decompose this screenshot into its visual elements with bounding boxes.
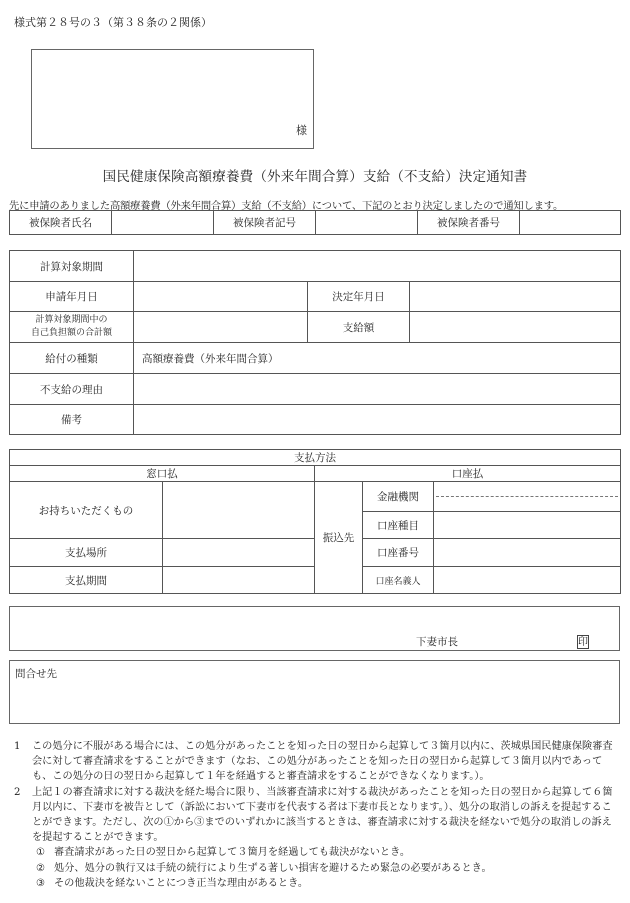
payment-amount-field[interactable] [410,312,621,343]
payment-place-label: 支払場所 [10,539,163,567]
note-number: 2 [14,785,20,800]
transfer-to-label: 振込先 [315,482,363,594]
account-type-field[interactable] [434,512,621,539]
decision-date-label: 決定年月日 [308,282,410,312]
note-number: 1 [14,739,20,754]
payment-place-field[interactable] [163,539,315,567]
sub-note-item: ② 処分、処分の執行又は手続の続行により生ずる著しい損害を避けるため緊急の必要が… [14,861,620,876]
benefit-type-label: 給付の種類 [10,343,134,374]
application-date-label: 申請年月日 [10,282,134,312]
payment-period-field[interactable] [163,567,315,594]
insured-number-field[interactable] [520,211,621,235]
calc-period-field[interactable] [134,251,621,282]
sub-note-text: 審査請求があった日の翌日から起算して３箇月を経過しても裁決がないとき。 [54,847,410,858]
benefit-details-table: 計算対象期間 申請年月日 決定年月日 計算対象期間中の 自己負担額の合計額 支給… [9,250,621,435]
calc-period-label: 計算対象期間 [10,251,134,282]
counter-payment-header: 窓口払 [10,466,315,482]
items-to-bring-label: お持ちいただくもの [10,482,163,539]
sub-note-item: ① 審査請求があった日の翌日から起算して３箇月を経過しても裁決がないとき。 [14,845,620,860]
insured-name-label: 被保険者氏名 [10,211,112,235]
copay-total-label-line1: 計算対象期間中の [10,314,133,327]
benefit-type-value: 高額療養費（外来年間合算） [134,343,621,374]
items-to-bring-field[interactable] [163,482,315,539]
non-payment-reason-label: 不支給の理由 [10,374,134,405]
decision-date-field[interactable] [410,282,621,312]
insured-number-label: 被保険者番号 [418,211,520,235]
note-item: 1 この処分に不服がある場合には、この処分があったことを知った日の翌日から起算し… [14,739,620,785]
remarks-label: 備考 [10,405,134,435]
account-holder-field[interactable] [434,567,621,594]
payment-method-header: 支払方法 [10,450,621,466]
account-type-label: 口座種目 [363,512,434,539]
honorific-sama: 様 [296,122,307,138]
bank-field[interactable] [434,482,621,512]
seal-mark: 印 [577,635,589,649]
sub-note-mark: ② [36,861,45,876]
appeal-notes: 1 この処分に不服がある場合には、この処分があったことを知った日の翌日から起算し… [14,739,620,891]
inquiry-label: 問合せ先 [15,666,57,681]
sub-note-item: ③ その他裁決を経ないことにつき正当な理由があるとき。 [14,876,620,891]
note-item: 2 上記１の審査請求に対する裁決を経た場合に限り、当該審査請求に対する裁決があっ… [14,785,620,846]
payment-method-table: 支払方法 窓口払 口座払 お持ちいただくもの 振込先 金融機関 口座種目 支払場… [9,449,621,594]
account-number-label: 口座番号 [363,539,434,567]
copay-total-label: 計算対象期間中の 自己負担額の合計額 [10,312,134,343]
copay-total-field[interactable] [134,312,308,343]
sub-note-mark: ③ [36,876,45,891]
account-holder-label: 口座名義人 [363,567,434,594]
remarks-field[interactable] [134,405,621,435]
application-date-field[interactable] [134,282,308,312]
note-text: この処分に不服がある場合には、この処分があったことを知った日の翌日から起算して３… [32,741,613,782]
copay-total-label-line2: 自己負担額の合計額 [10,327,133,340]
insured-person-table: 被保険者氏名 被保険者記号 被保険者番号 [9,210,621,235]
payment-amount-label: 支給額 [308,312,410,343]
insured-symbol-field[interactable] [316,211,418,235]
inquiry-box[interactable]: 問合せ先 [9,660,620,724]
sub-note-text: その他裁決を経ないことにつき正当な理由があるとき。 [54,878,308,889]
account-payment-header: 口座払 [315,466,621,482]
document-title: 国民健康保険高額療養費（外来年間合算）支給（不支給）決定通知書 [0,165,630,185]
sub-note-mark: ① [36,845,45,860]
issuer-title: 下妻市長 [416,634,458,649]
form-number: 様式第２８号の３（第３８条の２関係） [14,14,212,30]
sub-note-text: 処分、処分の執行又は手続の続行により生ずる著しい損害を避けるため緊急の必要がある… [54,863,492,874]
payment-period-label: 支払期間 [10,567,163,594]
account-number-field[interactable] [434,539,621,567]
issuer-box: 下妻市長 印 [9,606,620,651]
bank-dashed-line [436,482,618,497]
note-text: 上記１の審査請求に対する裁決を経た場合に限り、当該審査請求に対する裁決があったこ… [32,787,613,844]
insured-name-field[interactable] [112,211,214,235]
bank-label: 金融機関 [363,482,434,512]
recipient-address-box[interactable]: 様 [31,49,314,149]
non-payment-reason-field[interactable] [134,374,621,405]
bank-value [434,497,620,511]
insured-symbol-label: 被保険者記号 [214,211,316,235]
